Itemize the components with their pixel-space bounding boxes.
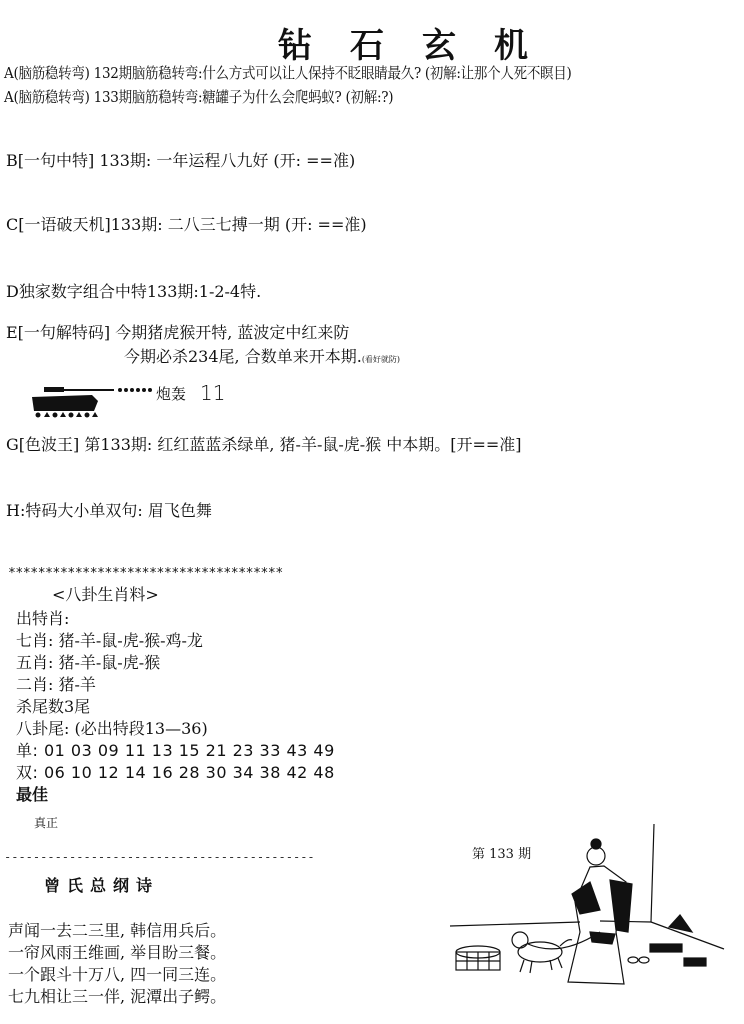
star-divider: ************************************* xyxy=(8,566,283,581)
dashed-divider: ----------------------------------------… xyxy=(4,850,315,864)
riddle-132: A(脑筋稳转弯) 132期脑筋稳转弯:什么方式可以让人保持不眨眼睛最久? (初解… xyxy=(4,62,572,83)
bagua-title: <八卦生肖料> xyxy=(52,582,159,605)
bagua-line-3: 二肖: 猪-羊 xyxy=(16,672,96,695)
section-c: C[一语破天机]133期: 二八三七搏一期 (开: ==准) xyxy=(6,212,367,235)
section-e-line2-text: 今期必杀234尾, 合数单来开本期. xyxy=(124,347,362,366)
bagua-line-4: 杀尾数3尾 xyxy=(16,694,90,717)
poem-line-2: 一个跟斗十万八, 四一同三连。 xyxy=(8,962,226,985)
poem-line-3: 七九相让三一伴, 泥潭出子鳄。 xyxy=(8,984,226,1007)
bagua-line-best: 最佳 xyxy=(16,782,48,805)
bagua-line-5: 八卦尾: (必出特段13—36) xyxy=(16,716,208,739)
poem-title: 曾氏总纲诗 xyxy=(44,873,159,896)
section-h: H:特码大小单双句: 眉飞色舞 xyxy=(6,498,212,521)
tank-number: 11 xyxy=(200,381,225,405)
section-b: B[一句中特] 133期: 一年运程八九好 (开: ==准) xyxy=(6,148,355,171)
truncated-note: 真正 xyxy=(34,814,58,831)
bagua-line-1: 七肖: 猪-羊-鼠-虎-猴-鸡-龙 xyxy=(16,628,203,651)
bagua-line-even: 双: 06 10 12 14 16 28 30 34 38 42 48 xyxy=(16,760,335,783)
section-g: G[色波王] 第133期: 红红蓝蓝杀绿单, 猪-羊-鼠-虎-猴 中本期。[开=… xyxy=(6,432,522,455)
bagua-line-2: 五肖: 猪-羊-鼠-虎-猴 xyxy=(16,650,160,673)
page-title: 钻石玄机 xyxy=(278,18,566,67)
tank-label: 炮轰 xyxy=(156,383,186,404)
bagua-line-odd: 单: 01 03 09 11 13 15 21 23 33 43 49 xyxy=(16,738,335,761)
section-e-line1: E[一句解特码] 今期猪虎猴开特, 蓝波定中红来防 xyxy=(6,320,349,343)
riddle-133: A(脑筋稳转弯) 133期脑筋稳转弯:糖罐子为什么会爬蚂蚁? (初解:?) xyxy=(4,86,393,107)
section-e-note: (看好就防) xyxy=(362,355,400,364)
section-e-line2: 今期必杀234尾, 合数单来开本期.(看好就防) xyxy=(124,344,400,367)
tank-icon xyxy=(30,383,158,419)
bagua-line-0: 出特肖: xyxy=(16,606,69,629)
poem-line-0: 声闻一去二三里, 韩信用兵后。 xyxy=(8,918,226,941)
poem-line-1: 一帘风雨王维画, 举目盼三餐。 xyxy=(8,940,226,963)
woman-dog-illustration xyxy=(440,822,740,992)
section-d: D独家数字组合中特133期:1-2-4特. xyxy=(6,279,261,302)
